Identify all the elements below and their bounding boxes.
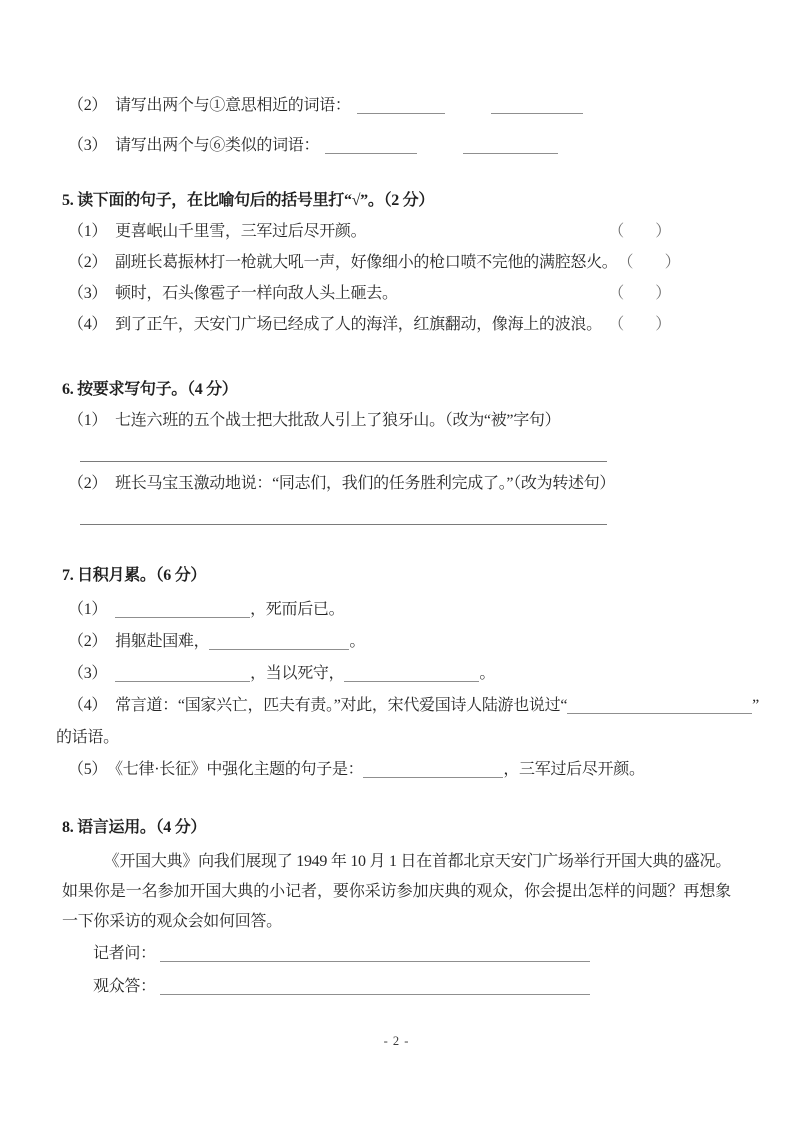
answer-blank[interactable] <box>209 633 349 650</box>
answer-blank[interactable] <box>344 665 479 682</box>
item-label: （4） <box>68 697 107 714</box>
audience-label: 观众答： <box>93 978 156 995</box>
item-label: （3） <box>68 285 107 302</box>
item-text: 请写出两个与①意思相近的词语： <box>115 97 351 114</box>
answer-blank[interactable] <box>160 978 590 995</box>
question-7: 7. 日积月累。（6 分） （1），死而后已。 （2）捐躯赴国难，。 （3），当… <box>62 561 731 786</box>
question-7-item-5: （5）《七律·长征》中强化主题的句子是：，三军过后尽开颜。 <box>68 754 731 786</box>
item-text: ，三军过后尽开颜。 <box>503 761 644 778</box>
question-7-item-2: （2）捐躯赴国难，。 <box>68 626 731 658</box>
question-5-item: （2）副班长葛振林打一枪就大吼一声，好像细小的枪口喷不完他的满腔怒火。 （ ） <box>68 247 731 278</box>
question-5-title: 5. 读下面的句子，在比喻句后的括号里打“√”。（2 分） <box>62 186 731 216</box>
question-8-title: 8. 语言运用。（4 分） <box>62 813 731 843</box>
item-text: 。 <box>349 633 365 650</box>
item-text: ” <box>752 697 759 714</box>
question-4-item-2: （2）请写出两个与①意思相近的词语： <box>68 86 731 126</box>
item-label: （2） <box>68 97 107 114</box>
question-6: 6. 按要求写句子。（4 分） （1）七连六班的五个战士把大批敌人引上了狼牙山。… <box>62 375 731 525</box>
question-7-item-4: （4）常言道：“国家兴亡，匹夫有责。”对此，宋代爱国诗人陆游也说过“” <box>68 690 731 722</box>
check-bracket[interactable]: （ ） <box>608 216 671 247</box>
question-4-subitems: （2）请写出两个与①意思相近的词语： （3）请写出两个与⑥类似的词语： <box>62 86 731 166</box>
reporter-label: 记者问： <box>93 945 156 962</box>
item-text: 班长马宝玉激动地说：“同志们，我们的任务胜利完成了。”（改为转述句） <box>115 475 615 492</box>
question-4-item-3: （3）请写出两个与⑥类似的词语： <box>68 126 731 166</box>
reporter-question-line: 记者问： <box>93 937 731 970</box>
answer-blank[interactable] <box>160 945 590 962</box>
item-label: （2） <box>68 633 107 650</box>
item-label: （2） <box>68 254 107 271</box>
item-text: 常言道：“国家兴亡，匹夫有责。”对此，宋代爱国诗人陆游也说过“ <box>115 697 567 714</box>
item-label: （3） <box>68 665 107 682</box>
item-label: （4） <box>68 316 107 333</box>
item-text: 的话语。 <box>56 729 119 746</box>
answer-blank[interactable] <box>357 97 445 114</box>
page-number: - 2 - <box>62 1031 731 1051</box>
check-bracket[interactable]: （ ） <box>608 278 671 309</box>
question-8-passage: 《开国大典》向我们展现了 1949 年 10 月 1 日在首都北京天安门广场举行… <box>62 847 731 937</box>
question-6-title: 6. 按要求写句子。（4 分） <box>62 375 731 405</box>
answer-blank[interactable] <box>115 665 250 682</box>
exam-page: （2）请写出两个与①意思相近的词语： （3）请写出两个与⑥类似的词语： 5. 读… <box>0 0 793 1051</box>
question-8: 8. 语言运用。（4 分） 《开国大典》向我们展现了 1949 年 10 月 1… <box>62 813 731 1003</box>
question-7-item-1: （1），死而后已。 <box>68 594 731 626</box>
item-text: 更喜岷山千里雪，三军过后尽开颜。 <box>115 223 366 240</box>
answer-blank[interactable] <box>115 601 250 618</box>
answer-line[interactable] <box>80 499 607 525</box>
item-text: 副班长葛振林打一枪就大吼一声，好像细小的枪口喷不完他的满腔怒火。 <box>115 254 617 271</box>
item-text: 《七律·长征》中强化主题的句子是： <box>115 761 363 778</box>
question-7-title: 7. 日积月累。（6 分） <box>62 561 731 591</box>
question-5: 5. 读下面的句子，在比喻句后的括号里打“√”。（2 分） （1）更喜岷山千里雪… <box>62 186 731 340</box>
item-text: ，当以死守， <box>250 665 344 682</box>
question-5-item: （3）顿时，石头像雹子一样向敌人头上砸去。 （ ） <box>68 278 731 309</box>
answer-blank[interactable] <box>567 697 752 714</box>
answer-blank[interactable] <box>325 137 417 154</box>
check-bracket[interactable]: （ ） <box>618 247 681 278</box>
item-label: （1） <box>68 223 107 240</box>
question-5-item: （1）更喜岷山千里雪，三军过后尽开颜。 （ ） <box>68 216 731 247</box>
item-label: （2） <box>68 475 107 492</box>
audience-answer-line: 观众答： <box>93 970 731 1003</box>
question-7-item-4-continuation: 的话语。 <box>56 722 731 754</box>
question-6-item-1: （1）七连六班的五个战士把大批敌人引上了狼牙山。（改为“被”字句） <box>68 406 731 436</box>
item-text: 七连六班的五个战士把大批敌人引上了狼牙山。（改为“被”字句） <box>115 412 560 429</box>
question-6-item-2: （2）班长马宝玉激动地说：“同志们，我们的任务胜利完成了。”（改为转述句） <box>68 469 731 499</box>
question-5-item: （4）到了正午，天安门广场已经成了人的海洋，红旗翻动，像海上的波浪。 （ ） <box>68 309 731 340</box>
answer-blank[interactable] <box>463 137 558 154</box>
item-text: 。 <box>479 665 495 682</box>
item-text: 顿时，石头像雹子一样向敌人头上砸去。 <box>115 285 398 302</box>
check-bracket[interactable]: （ ） <box>608 309 671 340</box>
item-label: （1） <box>68 601 107 618</box>
item-label: （1） <box>68 412 107 429</box>
item-text: 请写出两个与⑥类似的词语： <box>115 137 319 154</box>
answer-line[interactable] <box>80 436 607 462</box>
item-text: 捐躯赴国难， <box>115 633 209 650</box>
answer-blank[interactable] <box>363 761 503 778</box>
item-text: ，死而后已。 <box>250 601 344 618</box>
item-label: （5） <box>68 761 107 778</box>
item-text: 到了正午，天安门广场已经成了人的海洋，红旗翻动，像海上的波浪。 <box>115 316 602 333</box>
item-label: （3） <box>68 137 107 154</box>
answer-blank[interactable] <box>491 97 583 114</box>
question-7-item-3: （3），当以死守，。 <box>68 658 731 690</box>
